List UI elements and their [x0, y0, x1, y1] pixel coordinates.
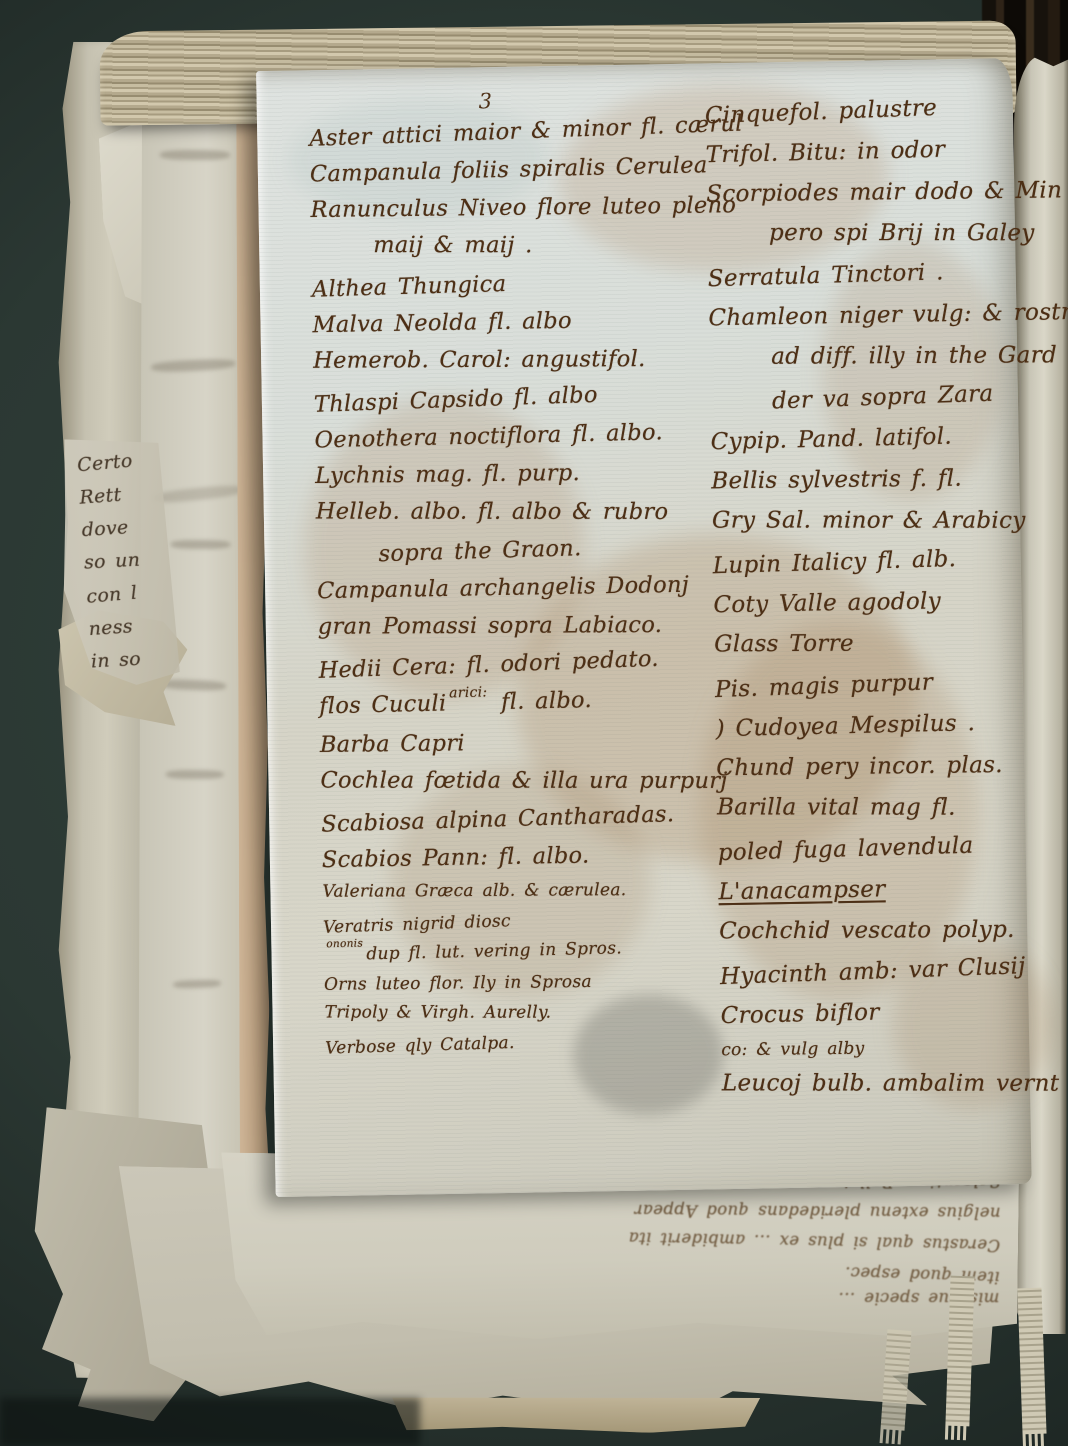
handwritten-line: Campanula archangelis Dodonj [317, 565, 718, 610]
handwritten-line: maij & maij . [373, 226, 711, 264]
handwritten-line: Barba Capri [320, 721, 720, 764]
handwritten-line: Coty Valle agodoly [713, 580, 1024, 626]
lower-sheet-sliver [392, 1394, 760, 1434]
handwritten-line: co: & vulg alby [721, 1032, 1031, 1066]
manuscript-photo: Salcantium Bellatum -nelgius extenu pler… [0, 0, 1068, 1446]
manuscript-page: 3 Aster attici maior & minor fl. cærulCa… [256, 58, 1032, 1197]
handwritten-line: Gry Sal. minor & Arabicy [712, 500, 1022, 541]
handwritten-line: Verbose qly Catalpa. [325, 1022, 726, 1064]
page-number: 3 [478, 89, 493, 113]
ink-showthrough-mark [152, 483, 243, 504]
handwritten-line: Chamleon niger vulg: & rostr [708, 293, 1019, 339]
handwritten-line: ad diff. illy in the Gard [771, 335, 1019, 377]
ink-showthrough-mark [151, 358, 235, 373]
handwritten-line: Orns luteo flor. Ily in Sprosa [324, 965, 724, 1000]
binding-tape [1017, 1288, 1046, 1435]
handwritten-line: Ranunculus Niveo flore luteo pleno [310, 187, 710, 230]
handwritten-line: Serratula Tinctori . [707, 250, 1018, 300]
left-column: Aster attici maior & minor fl. cærulCamp… [309, 109, 725, 1061]
handwritten-line: Cypip. Pand. latifol. [710, 415, 1021, 463]
handwritten-line: Chund pery incor. plas. [716, 745, 1026, 790]
handwritten-line: Leucoj bulb. ambalim vernt [722, 1063, 1032, 1104]
handwritten-line: L'anacampser [718, 867, 1029, 913]
ink-showthrough-mark [160, 150, 230, 160]
handwritten-line: Helleb. albo. fl. albo & rubro [316, 493, 716, 531]
handwritten-line: ) Cudoyea Mespilus . [715, 702, 1026, 750]
superscript-note: ononis [326, 928, 364, 959]
ink-showthrough-mark [166, 770, 224, 779]
handwritten-line: Scabios Pann: fl. albo. [322, 834, 723, 879]
handwritten-line: pero spi Brij in Galey [769, 213, 1017, 254]
handwritten-line: flos Cuculiarici: fl. albo. [319, 678, 720, 728]
shadow-bar [0, 1398, 420, 1446]
handwritten-line: Lupin Italicy fl. alb. [712, 537, 1023, 587]
handwritten-line: mis que specie ... [479, 1283, 999, 1313]
handwritten-line: Lychnis mag. fl. purp. [315, 452, 715, 495]
superscript-note: arici: [449, 673, 488, 712]
ink-showthrough-mark [171, 540, 231, 549]
right-column: Cinquefol. palustreTrifol. Bitu: in odor… [705, 88, 1033, 1107]
handwritten-line: Malva Neolda fl. albo [312, 299, 713, 344]
handwritten-line: Scorpiodes mair dodo & Min [706, 171, 1016, 216]
handwritten-line: Glass Torre [714, 623, 1024, 666]
handwritten-line: Trifol. Bitu: in odor [705, 128, 1016, 176]
handwritten-line: Crocus biflor [720, 989, 1031, 1037]
handwritten-line: Bellis sylvestris f. fl. [711, 458, 1021, 503]
handwritten-line: Cochlea fœtida & illa ura purpurj [321, 762, 721, 800]
handwritten-line: Cochchid vescato polyp. [719, 910, 1029, 953]
binding-tape [945, 1276, 974, 1427]
handwritten-line: dove [81, 509, 171, 548]
ink-showthrough-mark [173, 979, 221, 989]
handwritten-line: poled fuga lavendula [717, 824, 1028, 874]
handwritten-line: Barilla vital mag fl. [717, 787, 1027, 828]
